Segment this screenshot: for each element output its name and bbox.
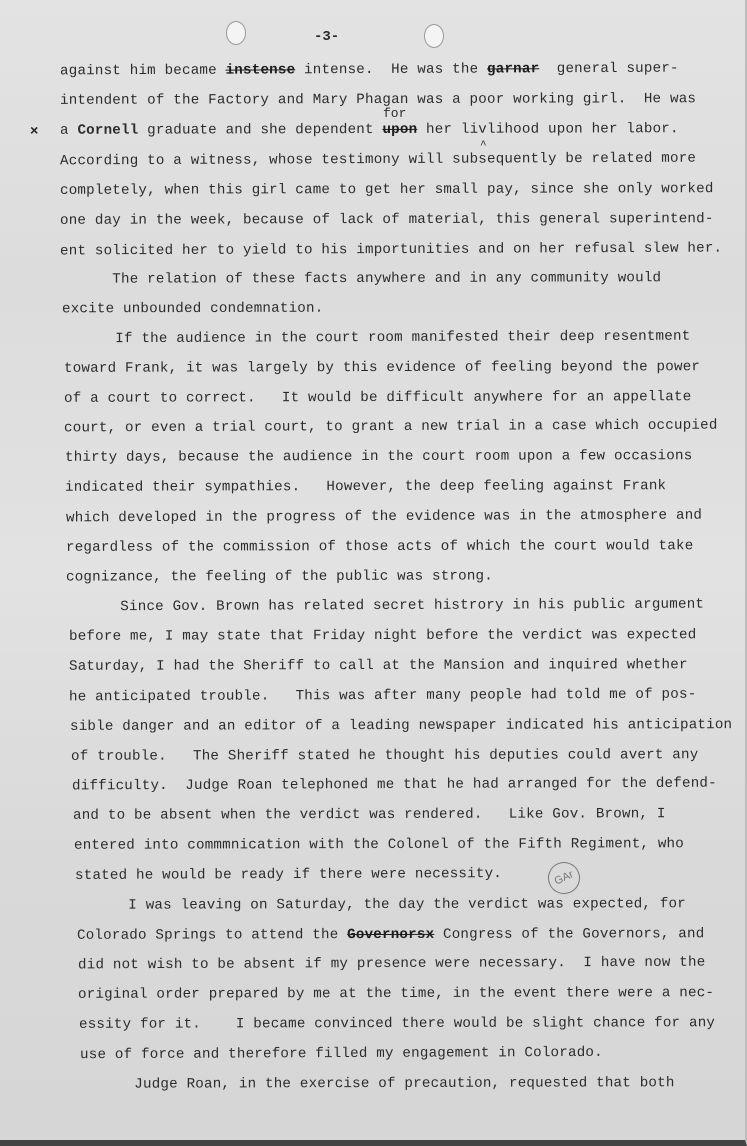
struck-text: instense xyxy=(226,62,296,78)
text-line: Judge Roan, in the exercise of precautio… xyxy=(82,1075,675,1093)
text-line: against him became instense intense. He … xyxy=(60,61,679,80)
text-line: Colorado Springs to attend the Governors… xyxy=(77,926,704,944)
punch-hole-left xyxy=(226,21,246,45)
text-segment: stated he would be ready if there were n… xyxy=(75,866,502,884)
text-segment: excite unbounded condemnation. xyxy=(62,301,323,318)
margin-mark: × xyxy=(30,124,38,140)
punch-hole-right xyxy=(424,24,444,48)
caret-mark: ^ xyxy=(480,140,487,152)
text-line: completely, when this girl came to get h… xyxy=(60,181,714,199)
text-segment: original order prepared by me at the tim… xyxy=(78,985,714,1003)
interlinear-insert: for xyxy=(383,106,406,121)
text-segment: essity for it. I became convinced there … xyxy=(79,1015,715,1033)
struck-text: upon xyxy=(382,122,417,138)
text-segment: According to a witness, whose testimony … xyxy=(60,151,696,170)
text-segment: of trouble. The Sheriff stated he though… xyxy=(71,747,698,765)
text-segment: he anticipated trouble. This was after m… xyxy=(69,687,696,706)
text-line: difficulty. Judge Roan telephoned me tha… xyxy=(72,776,717,795)
text-segment: sible danger and an editor of a leading … xyxy=(70,717,732,735)
text-line: sible danger and an editor of a leading … xyxy=(70,717,732,735)
text-line: one day in the week, because of lack of … xyxy=(60,211,714,229)
text-line: Saturday, I had the Sheriff to call at t… xyxy=(69,657,688,675)
text-line: before me, I may state that Friday night… xyxy=(69,627,696,645)
text-line: of trouble. The Sheriff stated he though… xyxy=(71,747,698,765)
text-line: excite unbounded condemnation. xyxy=(62,301,323,318)
text-segment: completely, when this girl came to get h… xyxy=(60,181,714,199)
text-segment: Since Gov. Brown has related secret hist… xyxy=(68,597,704,616)
text-line: thirty days, because the audience in the… xyxy=(65,448,692,466)
text-segment: before me, I may state that Friday night… xyxy=(69,627,696,645)
text-line: indicated their sympathies. However, the… xyxy=(65,478,666,496)
text-segment: court, or even a trial court, to grant a… xyxy=(64,418,718,437)
text-line: use of force and therefore filled my eng… xyxy=(80,1045,603,1063)
text-line: original order prepared by me at the tim… xyxy=(78,985,714,1003)
struck-text: garnar xyxy=(487,61,539,77)
text-line: court, or even a trial court, to grant a… xyxy=(64,418,718,437)
text-line: essity for it. I became convinced there … xyxy=(79,1015,715,1033)
text-line: Since Gov. Brown has related secret hist… xyxy=(68,597,704,616)
text-segment: graduate and she dependent xyxy=(138,122,382,139)
text-line: entered into commmnication with the Colo… xyxy=(74,836,684,854)
text-segment: Cornell xyxy=(77,123,138,139)
text-line: regardless of the commission of those ac… xyxy=(66,538,693,556)
text-segment: against him became xyxy=(60,63,226,80)
text-segment: Colorado Springs to attend the xyxy=(77,927,347,944)
text-segment: regardless of the commission of those ac… xyxy=(66,538,693,556)
text-segment: a xyxy=(60,123,77,139)
text-segment: difficulty. Judge Roan telephoned me tha… xyxy=(72,776,717,795)
text-segment: use of force and therefore filled my eng… xyxy=(80,1045,603,1063)
text-line: The relation of these facts anywhere and… xyxy=(60,270,661,288)
text-line: If the audience in the court room manife… xyxy=(63,329,690,348)
text-segment: Judge Roan, in the exercise of precautio… xyxy=(82,1075,675,1093)
text-segment: intendent of the Factory and Mary Phagan… xyxy=(60,91,696,109)
text-line: I was leaving on Saturday, the day the v… xyxy=(76,896,686,914)
text-segment: cognizance, the feeling of the public wa… xyxy=(66,568,493,585)
document-page: -3- × for ^ GAr against him became inste… xyxy=(0,0,747,1146)
text-segment: Congress of the Governors, and xyxy=(434,926,704,943)
initials-stamp: GAr xyxy=(543,857,586,900)
text-line: stated he would be ready if there were n… xyxy=(75,866,502,884)
text-line: intendent of the Factory and Mary Phagan… xyxy=(60,91,696,109)
text-segment: toward Frank, it was largely by this evi… xyxy=(64,359,700,377)
text-segment: which developed in the progress of the e… xyxy=(66,508,702,527)
text-line: According to a witness, whose testimony … xyxy=(60,151,696,170)
text-segment: If the audience in the court room manife… xyxy=(63,329,690,348)
text-line: cognizance, the feeling of the public wa… xyxy=(66,568,493,585)
text-segment: general super- xyxy=(539,61,679,78)
text-segment: I was leaving on Saturday, the day the v… xyxy=(76,896,686,914)
text-segment: of a court to correct. It would be diffi… xyxy=(64,389,691,407)
text-line: ent solicited her to yield to his import… xyxy=(60,241,722,260)
text-segment: intense. He was the xyxy=(295,61,487,78)
text-segment: thirty days, because the audience in the… xyxy=(65,448,692,466)
text-line: which developed in the progress of the e… xyxy=(66,508,702,527)
text-line: he anticipated trouble. This was after m… xyxy=(69,687,696,706)
text-segment: and to be absent when the verdict was re… xyxy=(73,806,666,824)
text-line: and to be absent when the verdict was re… xyxy=(73,806,666,824)
text-segment: Saturday, I had the Sheriff to call at t… xyxy=(69,657,688,675)
text-line: did not wish to be absent if my presence… xyxy=(78,955,705,974)
text-line: of a court to correct. It would be diffi… xyxy=(64,389,691,407)
page-number: -3- xyxy=(314,29,339,45)
struck-text: Governorsx xyxy=(347,927,434,943)
text-segment: entered into commmnication with the Colo… xyxy=(74,836,684,854)
text-line: a Cornell graduate and she dependent upo… xyxy=(60,121,679,139)
text-segment: ent solicited her to yield to his import… xyxy=(60,241,722,260)
text-segment: indicated their sympathies. However, the… xyxy=(65,478,666,496)
text-segment: did not wish to be absent if my presence… xyxy=(78,955,705,974)
text-segment: The relation of these facts anywhere and… xyxy=(60,270,661,288)
text-segment: one day in the week, because of lack of … xyxy=(60,211,714,229)
text-segment: her livlihood upon her labor. xyxy=(417,121,678,138)
text-line: toward Frank, it was largely by this evi… xyxy=(64,359,700,377)
